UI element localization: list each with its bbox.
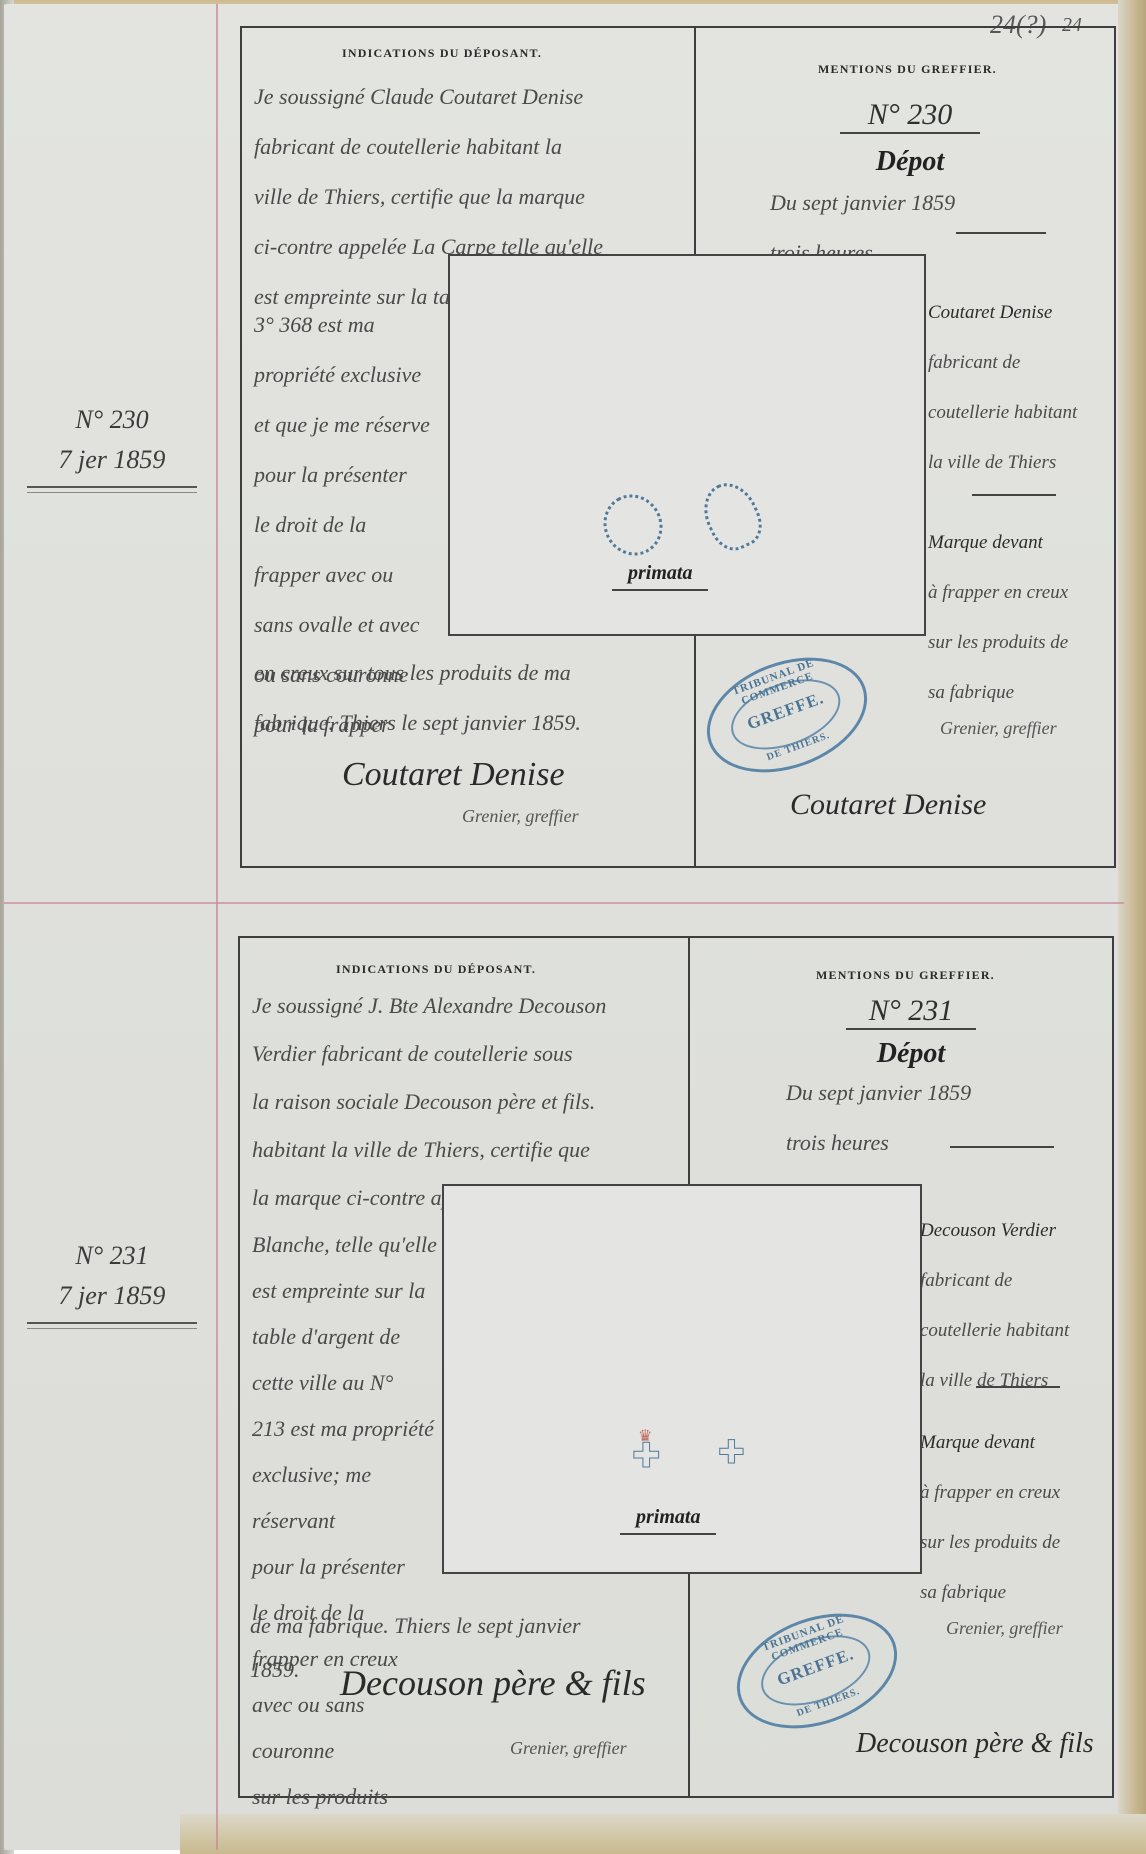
depot-title: Dépot <box>846 1038 976 1070</box>
text-line: coutellerie habitant <box>928 388 1108 438</box>
text-line: et que je me réserve <box>254 400 444 450</box>
divider <box>950 1146 1054 1148</box>
text-line: fabrique. Thiers le sept janvier 1859. <box>254 698 684 748</box>
text-line: sur les produits <box>252 1774 442 1820</box>
greffier-paraph: Grenier, greffier <box>510 1738 627 1759</box>
text-line: la raison sociale Decouson père et fils. <box>252 1078 682 1126</box>
text-line: 1859. <box>250 1648 680 1692</box>
text-line: 213 est ma propriété <box>252 1406 442 1452</box>
text-line: habitant la ville de Thiers, certifie qu… <box>252 1126 682 1174</box>
deposant-header: INDICATIONS DU DÉPOSANT. <box>342 46 542 61</box>
oval-mark-icon <box>694 474 770 558</box>
text-line: le droit de la <box>254 500 444 550</box>
margin-entry-230: N° 230 7 jer 1859 <box>22 400 202 493</box>
depot-title: Dépot <box>840 146 980 178</box>
entry-separator-rule <box>4 902 1124 904</box>
greffier-header: MENTIONS DU GREFFIER. <box>816 968 995 983</box>
greffier-paraph: Grenier, greffier <box>462 806 579 827</box>
cross-mark-icon: ✚ <box>718 1436 745 1468</box>
party-description: Coutaret Denise fabricant de coutellerie… <box>928 288 1108 488</box>
text-line: fabricant de <box>920 1256 1108 1306</box>
imprint-area-230: primata <box>448 254 926 636</box>
oval-mark-icon <box>592 484 673 567</box>
divider <box>972 494 1056 496</box>
text-line: exclusive; me réservant <box>252 1452 442 1544</box>
divider <box>976 1386 1060 1388</box>
text-line: sa fabrique <box>920 1568 1108 1618</box>
text-line: sans ovalle et avec <box>254 600 444 650</box>
text-line: fabricant de coutellerie habitant la <box>254 122 684 172</box>
text-line: Marque devant <box>920 1418 1108 1468</box>
text-line: la ville de Thiers <box>928 438 1108 488</box>
margin-entry-231: N° 231 7 jer 1859 <box>22 1236 202 1329</box>
text-line: ville de Thiers, certifie que la marque <box>254 172 684 222</box>
deposant-header: INDICATIONS DU DÉPOSANT. <box>336 962 536 977</box>
margin-date: 7 jer 1859 <box>22 1276 202 1316</box>
mark-description: Marque devant à frapper en creux sur les… <box>928 518 1108 718</box>
text-line: table d'argent de <box>252 1314 442 1360</box>
deposit-date: Du sept janvier 1859 trois heures <box>786 1068 1096 1168</box>
text-line: pour la présenter <box>254 450 444 500</box>
imprint-area-231: ♛ ✚ ✚ primata <box>442 1184 922 1574</box>
deposant-text-side: Blanche, telle qu'elle est empreinte sur… <box>252 1222 442 1820</box>
greffier-header: MENTIONS DU GREFFIER. <box>818 62 997 77</box>
deposit-number: N° 231 <box>846 994 976 1030</box>
text-line: cette ville au N° <box>252 1360 442 1406</box>
deposant-closing-text-231: de ma fabrique. Thiers le sept janvier 1… <box>250 1604 680 1692</box>
text-line: fabricant de <box>928 338 1108 388</box>
text-line: coutellerie habitant <box>920 1306 1108 1356</box>
text-line: Verdier fabricant de coutellerie sous <box>252 1030 682 1078</box>
text-line: frapper avec ou <box>254 550 444 600</box>
imprint-label: primata <box>612 562 708 591</box>
greffier-paraph: Grenier, greffier <box>946 1618 1063 1639</box>
greffier-signature: Coutaret Denise <box>790 788 986 822</box>
text-line: Blanche, telle qu'elle <box>252 1222 442 1268</box>
text-line: Je soussigné J. Bte Alexandre Decouson <box>252 982 682 1030</box>
text-line: pour la présenter <box>252 1544 442 1590</box>
text-line: Marque devant <box>928 518 1108 568</box>
greffier-signature: Decouson père & fils <box>856 1728 1094 1760</box>
text-line: trois heures <box>786 1118 1096 1168</box>
text-line: à frapper en creux <box>920 1468 1108 1518</box>
text-line: sur les produits de <box>920 1518 1108 1568</box>
margin-rule-vertical <box>216 4 218 1850</box>
page-edge-bottom <box>180 1814 1146 1854</box>
page-edge-right <box>1118 0 1146 1854</box>
imprint-label: primata <box>620 1506 716 1535</box>
text-line: de ma fabrique. Thiers le sept janvier <box>250 1604 680 1648</box>
margin-underline <box>27 1322 197 1329</box>
divider <box>956 232 1046 234</box>
text-line: Du sept janvier 1859 <box>770 178 1090 228</box>
margin-number: N° 231 <box>22 1236 202 1276</box>
margin-underline <box>27 486 197 493</box>
margin-date: 7 jer 1859 <box>22 440 202 480</box>
text-line: propriété exclusive <box>254 350 444 400</box>
greffier-paraph: Grenier, greffier <box>940 718 1057 739</box>
margin-number: N° 230 <box>22 400 202 440</box>
text-line: Je soussigné Claude Coutaret Denise <box>254 72 684 122</box>
cross-mark-icon: ✚ <box>632 1440 661 1474</box>
text-line: sur les produits de <box>928 618 1108 668</box>
text-line: Coutaret Denise <box>928 288 1108 338</box>
text-line: est empreinte sur la <box>252 1268 442 1314</box>
deposit-number: N° 230 <box>840 98 980 134</box>
text-line: à frapper en creux <box>928 568 1108 618</box>
text-line: sa fabrique <box>928 668 1108 718</box>
text-line: 3° 368 est ma <box>254 300 444 350</box>
text-line: la ville de Thiers <box>920 1356 1108 1406</box>
party-description: Decouson Verdier fabricant de coutelleri… <box>920 1206 1108 1406</box>
deposant-text-bottom: en creux sur tous les produits de ma fab… <box>254 648 684 748</box>
text-line: en creux sur tous les produits de ma <box>254 648 684 698</box>
text-line: Decouson Verdier <box>920 1206 1108 1256</box>
mark-description: Marque devant à frapper en creux sur les… <box>920 1418 1108 1618</box>
deposant-signature: Coutaret Denise <box>342 756 565 794</box>
text-line: Du sept janvier 1859 <box>786 1068 1096 1118</box>
